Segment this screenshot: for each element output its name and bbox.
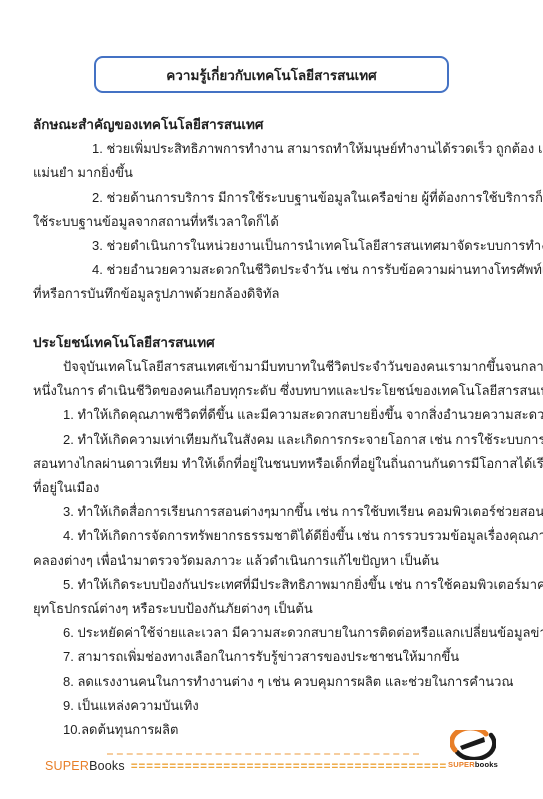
footer-brand-super: SUPER xyxy=(45,759,89,773)
swoosh-icon xyxy=(450,730,496,760)
section2-item-1: 1. ทำให้เกิดคุณภาพชีวิตที่ดีขึ้น และมีคว… xyxy=(33,403,507,427)
section2-heading: ประโยชน์เทคโนโลยีสารสนเทศ xyxy=(33,331,507,355)
section2-item-6: 6. ประหยัดค่าใช้จ่ายและเวลา มีความสะดวกส… xyxy=(33,621,507,645)
footer-dashed-line xyxy=(107,753,419,755)
section2-item-4-line-2: คลองต่างๆ เพื่อนำมาตรวจวัดมลภาวะ แล้วดำเ… xyxy=(33,549,507,573)
section1-item-1-line-2: แม่นยำ มากยิ่งขึ้น xyxy=(33,161,507,185)
page-footer: SUPERBooks =============================… xyxy=(0,730,543,790)
document-page: ความรู้เกี่ยวกับเทคโนโลยีสารสนเทศ ลักษณะ… xyxy=(0,0,543,799)
section2-item-5-line-2: ยุทโธปกรณ์ต่างๆ หรือระบบป้องกันภัยต่างๆ … xyxy=(33,597,507,621)
section1-heading: ลักษณะสำคัญของเทคโนโลยีสารสนเทศ xyxy=(33,113,507,137)
section1-item-2-line-2: ใช้ระบบฐานข้อมูลจากสถานที่หรีเวลาใดก็ได้ xyxy=(33,210,507,234)
section2-item-2-line-3: ที่อยู่ในเมือง xyxy=(33,476,507,500)
logo-wordmark: SUPERbooks xyxy=(447,760,499,769)
section1-item-4-line-2: ที่หรือการบันทึกข้อมูลรูปภาพด้วยกล้องดิจ… xyxy=(33,282,507,306)
logo-wordmark-books: books xyxy=(475,760,498,769)
section2-item-2-line-1: 2. ทำให้เกิดความเท่าเทียมกันในสังคม และเ… xyxy=(33,428,507,452)
footer-separator: ========================================… xyxy=(131,761,446,773)
section2-item-7: 7. สามารถเพิ่มช่องทางเลือกในการรับรู้ข่า… xyxy=(33,645,507,669)
section2-paragraph-line-2: หนึ่งในการ ดำเนินชีวิตของคนเกือบทุกระดับ… xyxy=(33,379,507,403)
section2-item-4-line-1: 4. ทำให้เกิดการจัดการทรัพยากรธรรมชาติได้… xyxy=(33,524,507,548)
footer-row: SUPERBooks =============================… xyxy=(45,759,446,773)
page-title-box: ความรู้เกี่ยวกับเทคโนโลยีสารสนเทศ xyxy=(94,56,449,93)
section2-item-3: 3. ทำให้เกิดสื่อการเรียนการสอนต่างๆมากขึ… xyxy=(33,500,507,524)
footer-brand: SUPERBooks xyxy=(45,759,125,773)
logo-band xyxy=(460,737,485,750)
page-title: ความรู้เกี่ยวกับเทคโนโลยีสารสนเทศ xyxy=(166,64,376,86)
section1-item-4-line-1: 4. ช่วยอำนวยความสะดวกในชีวิตประจำวัน เช่… xyxy=(33,258,507,282)
section2-item-9: 9. เป็นแหล่งความบันเทิง xyxy=(33,694,507,718)
section1-item-3: 3. ช่วยดำเนินการในหน่วยงานเป็นการนำเทคโน… xyxy=(33,234,507,258)
superbooks-logo: SUPERbooks xyxy=(447,730,499,769)
section2-item-2-line-2: สอนทางไกลผ่านดาวเทียม ทำให้เด็กที่อยู่ใน… xyxy=(33,452,507,476)
logo-wordmark-super: SUPER xyxy=(448,760,475,769)
document-body: ลักษณะสำคัญของเทคโนโลยีสารสนเทศ 1. ช่วยเ… xyxy=(0,113,543,742)
footer-brand-books: Books xyxy=(89,759,125,773)
section2-item-5-line-1: 5. ทำให้เกิดระบบป้องกันประเทศที่มีประสิท… xyxy=(33,573,507,597)
section1-item-1-line-1: 1. ช่วยเพิ่มประสิทธิภาพการทำงาน สามารถทำ… xyxy=(33,137,507,161)
section1-item-2-line-1: 2. ช่วยด้านการบริการ มีการใช้ระบบฐานข้อม… xyxy=(33,186,507,210)
section2-paragraph-line-1: ปัจจุบันเทคโนโลยีสารสนเทศเข้ามามีบทบาทใน… xyxy=(33,355,507,379)
section2-item-8: 8. ลดแรงงานคนในการทำงานต่าง ๆ เช่น ควบคุ… xyxy=(33,670,507,694)
